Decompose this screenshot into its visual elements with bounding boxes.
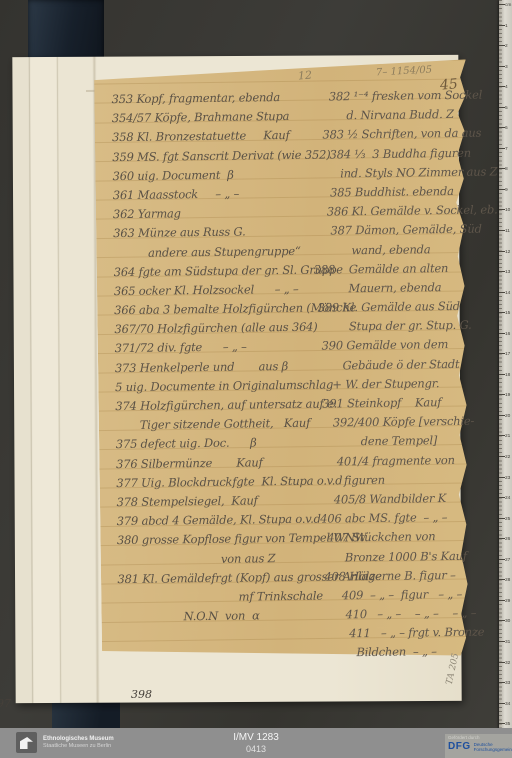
- entry-right-column: 383 ½ Schriften, von da aus: [312, 124, 481, 145]
- ruler-tick-label: 26: [505, 536, 510, 544]
- pencil-annotation-12: 12: [298, 69, 313, 83]
- footer-bar: Ethnologisches Museum Staatliche Museen …: [0, 728, 512, 758]
- dfg-logo-block: Gefördert durch DFG Deutsche Forschungsg…: [445, 734, 512, 758]
- entry-right-column: 401/4 fragmente von: [316, 450, 462, 471]
- entry-left-column: N.O.N von α: [118, 606, 318, 628]
- bottom-annotation-partial: 97: [0, 697, 11, 710]
- ruler-tick: 10: [499, 209, 512, 230]
- scanned-document-photo: 353 Kopf, fragmentar, ebenda 382 ¹⁻⁴ fre…: [0, 0, 512, 758]
- entry-left-column: 376 Silbermünze Kauf: [116, 452, 316, 474]
- entry-right-column: 392/400 Köpfe [verschie-: [315, 412, 474, 433]
- ruler-tick-label: 5: [505, 105, 508, 113]
- ruler-tick: 20: [499, 415, 512, 436]
- bottom-annotation-398: 398: [131, 688, 152, 701]
- ruler-tick-label: 33: [505, 680, 510, 688]
- entry-right-column: 384 ⅓ 3 Buddha figuren: [312, 143, 471, 164]
- ruler-tick-label: 1: [505, 23, 508, 31]
- entry-right-column: figuren: [316, 470, 462, 491]
- entry-right-column: Mauern, ebenda: [314, 278, 460, 299]
- entry-right-column: 410 – „ – – „ – – „ –: [318, 604, 477, 625]
- ruler-tick-label: 22: [505, 454, 510, 462]
- ruler-tick: 28: [499, 579, 512, 600]
- ruler-tick: 34: [499, 703, 512, 724]
- ruler-tick: 14: [499, 292, 512, 313]
- ruler-tick-label: 17: [505, 351, 510, 359]
- entry-right-column: 390 Gemälde von dem: [315, 335, 461, 356]
- ruler-tick: 18: [499, 374, 512, 395]
- reference-id: I/MV 1283: [0, 732, 512, 744]
- ruler-tick-label: 8: [505, 166, 508, 174]
- entry-left-column: 375 defect uig. Doc. β: [116, 433, 316, 455]
- entry-left-column: 5 uig. Documente in Originalumschlag: [115, 375, 315, 397]
- ruler-tick: 4: [499, 86, 512, 107]
- entry-left-column: 359 MS. fgt Sanscrit Derivat (wie 352): [112, 145, 312, 167]
- entry-rows: 353 Kopf, fragmentar, ebenda 382 ¹⁻⁴ fre…: [111, 86, 464, 666]
- ruler-tick-label: 27: [505, 557, 510, 565]
- entry-right-column: 386 Kl. Gemälde v. Sockel, eb.: [313, 201, 498, 222]
- entry-left-column: 360 uig. Document β: [112, 164, 312, 186]
- entry-right-column: Bronze 1000 B's Kauf: [317, 546, 467, 567]
- entry-right-column: d. Nirvana Budd. Z: [312, 105, 458, 126]
- entry-right-column: 408 Hölzerne B. figur –: [317, 566, 463, 587]
- entry-left-column: 362 Yarmag: [113, 203, 313, 225]
- entry-right-column: 391 Steinkopf Kauf: [315, 393, 461, 414]
- ruler-tick: 6: [499, 127, 512, 148]
- ruler-tick: 19: [499, 394, 512, 415]
- ruler-tick-label: 14: [505, 290, 510, 298]
- entry-right-column: 409 – „ – figur – „ –: [318, 585, 464, 606]
- ruler-tick-label: 10: [505, 207, 510, 215]
- ruler-tick-label: 9: [505, 187, 508, 195]
- entry-right-column: 388 Gemälde an alten: [314, 259, 460, 280]
- ruler-tick: 7: [499, 148, 512, 169]
- reference-block: I/MV 1283 0413: [0, 732, 512, 755]
- ruler-tick-label: 32: [505, 660, 510, 668]
- ruler-tick-label: 11: [505, 228, 510, 236]
- ruler-tick: 26: [499, 538, 512, 559]
- entry-right-column: dene Tempel]: [316, 431, 462, 452]
- entry-left-column: 380 grosse Kopflose figur von Tempel WNW: [117, 529, 317, 551]
- ruler-tick: 29: [499, 600, 512, 621]
- ruler-tick-label: 34: [505, 701, 510, 709]
- entry-left-column: 365 ocker Kl. Holzsockel – „ –: [114, 280, 314, 302]
- entry-right-column: Gebäude ö der Stadt: [315, 355, 461, 376]
- entry-left-column: 353 Kopf, fragmentar, ebenda: [111, 88, 311, 110]
- ruler-tick-label: 13: [505, 269, 510, 277]
- entry-left-column: 371/72 div. fgte – „ –: [115, 337, 315, 359]
- page-number: 45: [439, 76, 458, 93]
- ruler-tick-label: 16: [505, 331, 510, 339]
- ruler-tick: 3: [499, 66, 512, 87]
- ruler-tick: 15: [499, 312, 512, 333]
- ruler-tick-label: 18: [505, 372, 510, 380]
- funding-caption: Gefördert durch: [448, 735, 509, 740]
- ruler-tick: 11: [499, 230, 512, 251]
- entry-right-column: 405/8 Wandbilder K: [316, 489, 462, 510]
- entry-left-column: 377 Uig. Blockdruckfgte Kl. Stupa o.v.d: [116, 471, 316, 493]
- entry-right-column: 406 abc MS. fgte – „ –: [317, 508, 463, 529]
- entry-right-column: Bildchen – „ –: [318, 642, 464, 663]
- scan-page-code: 0413: [0, 744, 512, 755]
- ruler-tick: cm: [499, 4, 512, 25]
- ruler-tick: 31: [499, 641, 512, 662]
- ruler-tick-label: 4: [505, 84, 508, 92]
- entry-right-column: + W. der Stupengr.: [315, 374, 461, 395]
- ruler-tick-label: 12: [505, 249, 510, 257]
- ruler-tick: 1: [499, 25, 512, 46]
- ruler-tick: 12: [499, 251, 512, 272]
- entry-left-column: 378 Stempelsiegel, Kauf: [116, 491, 316, 513]
- ruler-tick-label: 7: [505, 146, 508, 154]
- ruler-tick-label: 21: [505, 433, 510, 441]
- entry-right-column: 411 – „ – frgt v. Bronze: [318, 623, 484, 644]
- entry-left-column: 373 Henkelperle und aus β: [115, 356, 315, 378]
- entry-left-column: [118, 644, 318, 666]
- entry-right-column: wand, ebenda: [313, 239, 459, 260]
- ruler-tick-label: 19: [505, 392, 510, 400]
- ruler-tick-label: 29: [505, 598, 510, 606]
- measurement-ruler: cm 1 2 3 4 5 6: [499, 0, 512, 758]
- ruler-tick: 27: [499, 559, 512, 580]
- ruler-tick-label: cm: [505, 2, 511, 10]
- ruler-tick: 9: [499, 189, 512, 210]
- ruler-tick: 32: [499, 662, 512, 683]
- entry-left-column: mf Trinkschale: [118, 587, 318, 609]
- entry-left-column: 358 Kl. Bronzestatuette Kauf: [112, 126, 312, 148]
- dfg-logo: DFG Deutsche Forschungsgemeinschaft: [448, 741, 509, 752]
- ruler-tick-label: 28: [505, 577, 510, 585]
- ruler-tick-label: 30: [505, 618, 510, 626]
- ruler-tick-label: 3: [505, 64, 508, 72]
- entry-left-column: 374 Holzfigürchen, auf untersatz auf e.: [115, 395, 315, 417]
- entry-left-column: 367/70 Holzfigürchen (alle aus 364): [114, 318, 314, 340]
- entry-left-column: von aus Z: [117, 548, 317, 570]
- ruler-tick: 24: [499, 497, 512, 518]
- dfg-full-name: Deutsche Forschungsgemeinschaft: [474, 742, 512, 752]
- ruler-tick-label: 2: [505, 43, 508, 51]
- ruler-tick-label: 31: [505, 639, 510, 647]
- entry-right-column: 385 Buddhist. ebenda: [313, 182, 459, 203]
- entry-left-column: [118, 625, 318, 647]
- ruler-tick-label: 24: [505, 495, 510, 503]
- ruler-tick-label: 15: [505, 310, 510, 318]
- ruler-tick: 17: [499, 353, 512, 374]
- ruler-tick-label: 6: [505, 125, 508, 133]
- entry-right-column: Stupa der gr. Stup. G.: [314, 316, 471, 337]
- entry-left-column: Tiger sitzende Gottheit, Kauf: [115, 414, 315, 436]
- dfg-name-line2: Forschungsgemeinschaft: [474, 747, 512, 752]
- entry-left-column: 381 Kl. Gemäldefrgt (Kopf) aus grosser A…: [117, 567, 317, 589]
- entry-right-column: 387 Dämon, Gemälde, Süd: [313, 220, 482, 241]
- entry-right-column: 407 Stückchen von: [317, 527, 463, 548]
- entry-left-column: 363 Münze aus Russ G.: [113, 222, 313, 244]
- entry-right-column: ind. Styls NO Zimmer aus Z: [312, 162, 497, 183]
- dfg-abbreviation: DFG: [448, 741, 471, 752]
- ruler-tick: 30: [499, 620, 512, 641]
- ruler-tick-label: 25: [505, 516, 510, 524]
- ruler-tick: 33: [499, 682, 512, 703]
- entry-left-column: 366 aba 3 bemalte Holzfigürchen (Mönche: [114, 299, 314, 321]
- ruler-tick: 25: [499, 518, 512, 539]
- ruler-tick: 2: [499, 45, 512, 66]
- ruler-tick: 13: [499, 271, 512, 292]
- entry-left-column: 379 abcd 4 Gemälde, Kl. Stupa o.v.d: [117, 510, 317, 532]
- entry-right-column: 389 Kl. Gemälde aus Süd: [314, 297, 460, 318]
- entry-left-column: andere aus Stupengruppe“: [113, 241, 313, 263]
- ruler-tick-label: 23: [505, 475, 510, 483]
- ruler-tick: 8: [499, 168, 512, 189]
- ruler-tick: 5: [499, 107, 512, 128]
- entry-left-column: 354/57 Köpfe, Brahmane Stupa: [112, 107, 312, 129]
- ruler-tick-label: 20: [505, 413, 510, 421]
- ruler-tick: 21: [499, 435, 512, 456]
- ruler-tick: 22: [499, 456, 512, 477]
- book-spine-top: [28, 0, 104, 62]
- ruler-tick: 16: [499, 333, 512, 354]
- entry-left-column: 364 fgte am Südstupa der gr. Sl. Gruppe: [114, 260, 314, 282]
- entry-left-column: 361 Maasstock – „ –: [113, 184, 313, 206]
- ruler-tick: 23: [499, 477, 512, 498]
